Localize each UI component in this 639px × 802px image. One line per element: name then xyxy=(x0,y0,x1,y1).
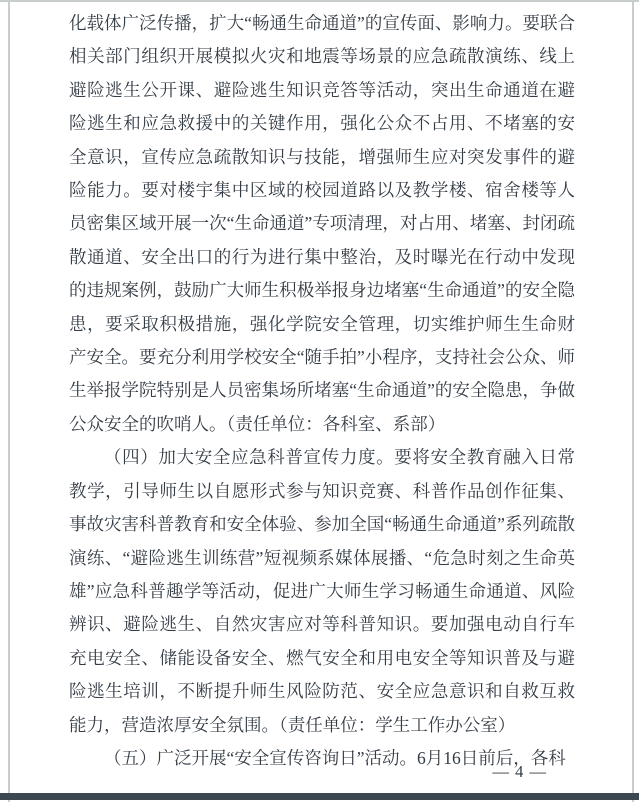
page-edge-right xyxy=(632,0,634,802)
paragraph: 化载体广泛传播，扩大“畅通生命通道”的宣传面、影响力。要联合相关部门组织开展模拟… xyxy=(69,7,575,441)
paragraph: （四）加大安全应急科普宣传力度。要将安全教育融入日常教学，引导师生以自愿形式参与… xyxy=(69,441,575,742)
page-number: — 4 — xyxy=(493,762,548,782)
page-edge-left xyxy=(8,0,10,802)
page-edge-top xyxy=(0,0,639,2)
viewer-bottom-bar xyxy=(0,793,639,800)
scanned-document-page: 化载体广泛传播，扩大“畅通生命通道”的宣传面、影响力。要联合相关部门组织开展模拟… xyxy=(0,0,639,802)
document-body: 化载体广泛传播，扩大“畅通生命通道”的宣传面、影响力。要联合相关部门组织开展模拟… xyxy=(69,7,575,775)
